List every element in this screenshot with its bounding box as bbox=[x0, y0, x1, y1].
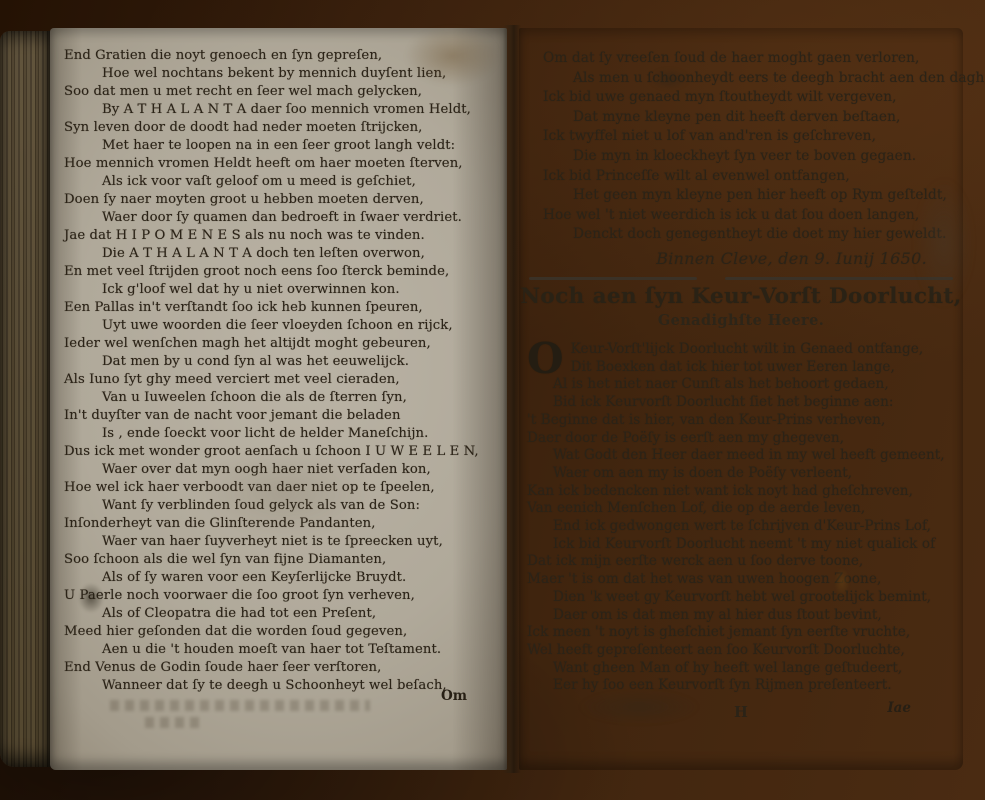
poem-line: Ick g'loof wel dat hy u niet overwinnen … bbox=[64, 281, 504, 299]
book-gutter bbox=[503, 25, 521, 773]
photo-background: End Gratien die noyt genoech en ſyn gepr… bbox=[0, 0, 985, 800]
show-through-text bbox=[110, 700, 370, 711]
show-through-text bbox=[145, 717, 205, 728]
poem-line: Doen ſy naer moyten groot u hebben moete… bbox=[64, 191, 504, 209]
poem-line: Waer door ſy quamen dan bedroeft in ſwae… bbox=[64, 209, 504, 227]
poem-line: Wel heeft gepreſenteert aen ſoo Keurvorſ… bbox=[527, 642, 957, 660]
left-catchword: Om bbox=[441, 688, 467, 704]
poem-line: Een Pallas in't verſtandt ſoo ick heb ku… bbox=[64, 299, 504, 317]
poem-line: Is , ende ſoeckt voor licht de helder Ma… bbox=[64, 425, 504, 443]
signature-mark: H bbox=[734, 704, 748, 721]
poem-line: Hoe wel 't niet weerdich is ick u dat ſo… bbox=[543, 206, 958, 226]
poem-line: Soo dat men u met recht en ſeer wel mach… bbox=[64, 83, 504, 101]
poem-line: Ick twyffel niet u lof van and'ren is ge… bbox=[543, 127, 958, 147]
poem-line: Ick meen 't noyt is gheſchiet jemant ſyn… bbox=[527, 624, 957, 642]
poem-line: Kan ick bedencken niet want ick noyt had… bbox=[527, 483, 957, 501]
section-subheading: Genadighſte Heere. bbox=[519, 312, 963, 329]
poem-line: Ick bid Princeſſe wilt al evenwel ontfan… bbox=[543, 167, 958, 187]
poem-line: Dat myne kleyne pen dit heeft derven beſ… bbox=[543, 108, 958, 128]
poem-line: Aen u die 't houden moeſt van haer tot T… bbox=[64, 641, 504, 659]
poem-line: 't Beginne dat is hier, van den Keur-Pri… bbox=[527, 412, 957, 430]
poem-line: End Gratien die noyt genoech en ſyn gepr… bbox=[64, 47, 504, 65]
poem-line: Meed hier geſonden dat die worden ſoud g… bbox=[64, 623, 504, 641]
poem-line: Want ſy verblinden ſoud gelyck als van d… bbox=[64, 497, 504, 515]
poem-line: Die myn in kloeckheyt ſyn veer te boven … bbox=[543, 147, 958, 167]
poem-line: Het geen myn kleyne pen hier heeft op Ry… bbox=[543, 186, 958, 206]
right-catchword: Iae bbox=[887, 700, 911, 716]
poem-line: Hoe wel nochtans bekent by mennich duyſe… bbox=[64, 65, 504, 83]
poem-line: Dat ick mijn eerſte werck aen u ſoo derv… bbox=[527, 553, 957, 571]
left-page: End Gratien die noyt genoech en ſyn gepr… bbox=[50, 28, 507, 770]
poem-line: Met haer te loopen na in een ſeer groot … bbox=[64, 137, 504, 155]
poem-line: Daer door de Poëſy is eerſt aen my ghege… bbox=[527, 430, 957, 448]
poem-line: By A T H A L A N T A daer ſoo mennich vr… bbox=[64, 101, 504, 119]
poem-line: Hoe wel ick haer verboodt van daer niet … bbox=[64, 479, 504, 497]
poem-line: Dit Boexken dat ick hier tot uwer Eeren … bbox=[527, 359, 957, 377]
poem-line: Die A T H A L A N T A doch ten leſten ov… bbox=[64, 245, 504, 263]
poem-line: Als of Cleopatra die had tot een Preſent… bbox=[64, 605, 504, 623]
poem-line: Dat men by u cond ſyn al was het eeuweli… bbox=[64, 353, 504, 371]
poem-line: Uyt uwe woorden die ſeer vloeyden ſchoon… bbox=[64, 317, 504, 335]
right-page-poem-2: O Keur-Vorſt'lijck Doorlucht wilt in Gen… bbox=[527, 341, 957, 695]
poem-line: Inſonderheyt van die Glinſterende Pandan… bbox=[64, 515, 504, 533]
poem-line: Ick bid Keurvorſt Doorlucht neemt 't my … bbox=[527, 536, 957, 554]
open-book: End Gratien die noyt genoech en ſyn gepr… bbox=[0, 25, 963, 773]
poem-line: Denckt doch genegentheyt die doet my hie… bbox=[543, 225, 958, 245]
poem-line: End Venus de Godin ſoude haer ſeer verſt… bbox=[64, 659, 504, 677]
poem-line: Dus ick met wonder groot aenſach u ſchoo… bbox=[64, 443, 504, 461]
poem-line: Ick bid uwe genaed myn ſtoutheydt wilt v… bbox=[543, 88, 958, 108]
poem-line: Als ick voor vaſt geloof om u meed is ge… bbox=[64, 173, 504, 191]
poem-line: Van eenich Menſchen Lof, die op de aerde… bbox=[527, 500, 957, 518]
poem-line: Wat Godt den Heer daer meed in my wel he… bbox=[527, 447, 957, 465]
poem-line: Soo ſchoon als die wel ſyn van fijne Dia… bbox=[64, 551, 504, 569]
poem-line: Eer hy ſoo een Keurvorſt ſyn Rijmen preſ… bbox=[527, 677, 957, 695]
poem-line: Waer om aen my is doen de Poëſy verleent… bbox=[527, 465, 957, 483]
poem-line: Want gheen Man of hy heeft wel lange geſ… bbox=[527, 660, 957, 678]
rule-segment bbox=[529, 277, 697, 280]
poem-line: En met veel ſtrijden groot noch eens ſoo… bbox=[64, 263, 504, 281]
rule-segment bbox=[725, 277, 953, 280]
poem-line: Om dat ſy vreeſen ſoud de haer moght gae… bbox=[543, 49, 958, 69]
poem-line: End ick gedwongen wert te ſchrijven d'Ke… bbox=[527, 518, 957, 536]
poem-line: Dien 'k weet gy Keurvorſt hebt wel groot… bbox=[527, 589, 957, 607]
section-rule bbox=[529, 277, 953, 280]
poem-line: Maer 't is om dat het was van uwen hooge… bbox=[527, 571, 957, 589]
left-page-poem: End Gratien die noyt genoech en ſyn gepr… bbox=[64, 47, 504, 695]
poem-line: Jae dat H I P O M E N E S als nu noch wa… bbox=[64, 227, 504, 245]
poem-line: Syn leven door de doodt had neder moeten… bbox=[64, 119, 504, 137]
poem-line: Hoe mennich vromen Heldt heeft om haer m… bbox=[64, 155, 504, 173]
poem-line: Keur-Vorſt'lijck Doorlucht wilt in Genae… bbox=[527, 341, 957, 359]
poem-line: U Paerle noch voorwaer die ſoo groot ſyn… bbox=[64, 587, 504, 605]
poem-line: Wanneer dat ſy te deegh u Schoonheyt wel… bbox=[64, 677, 504, 695]
section-heading: Noch aen ſyn Keur-Vorſt Doorlucht, bbox=[519, 284, 963, 309]
poem-line: Ieder wel wenſchen magh het altijdt mogh… bbox=[64, 335, 504, 353]
poem-line: Bid ick Keurvorſt Doorlucht ſiet het beg… bbox=[527, 394, 957, 412]
poem-line: Van u Iuweelen ſchoon die als de ſterren… bbox=[64, 389, 504, 407]
right-page: Om dat ſy vreeſen ſoud de haer moght gae… bbox=[519, 28, 963, 770]
poem-line: Daer om is dat men my al hier dus ſtout … bbox=[527, 607, 957, 625]
poem-line: Als men u ſchoonheydt eers te deegh brac… bbox=[543, 69, 958, 89]
page-edge-stack bbox=[0, 31, 52, 767]
drop-cap: O bbox=[527, 342, 564, 376]
right-page-poem-2-lines: Keur-Vorſt'lijck Doorlucht wilt in Genae… bbox=[527, 341, 957, 695]
poem-line: Waer van haer ſuyverheyt niet is te ſpre… bbox=[64, 533, 504, 551]
dateline: Binnen Cleve, den 9. Iunij 1650. bbox=[656, 249, 927, 268]
poem-line: In't duyſter van de nacht voor jemant di… bbox=[64, 407, 504, 425]
poem-line: Waer over dat myn oogh haer niet verſade… bbox=[64, 461, 504, 479]
right-page-poem-1: Om dat ſy vreeſen ſoud de haer moght gae… bbox=[543, 49, 958, 245]
poem-line: Als of ſy waren voor een Keyſerlijcke Br… bbox=[64, 569, 504, 587]
poem-line: Als Iuno ſyt ghy meed verciert met veel … bbox=[64, 371, 504, 389]
poem-line: Al is het niet naer Cunſt als het behoor… bbox=[527, 376, 957, 394]
